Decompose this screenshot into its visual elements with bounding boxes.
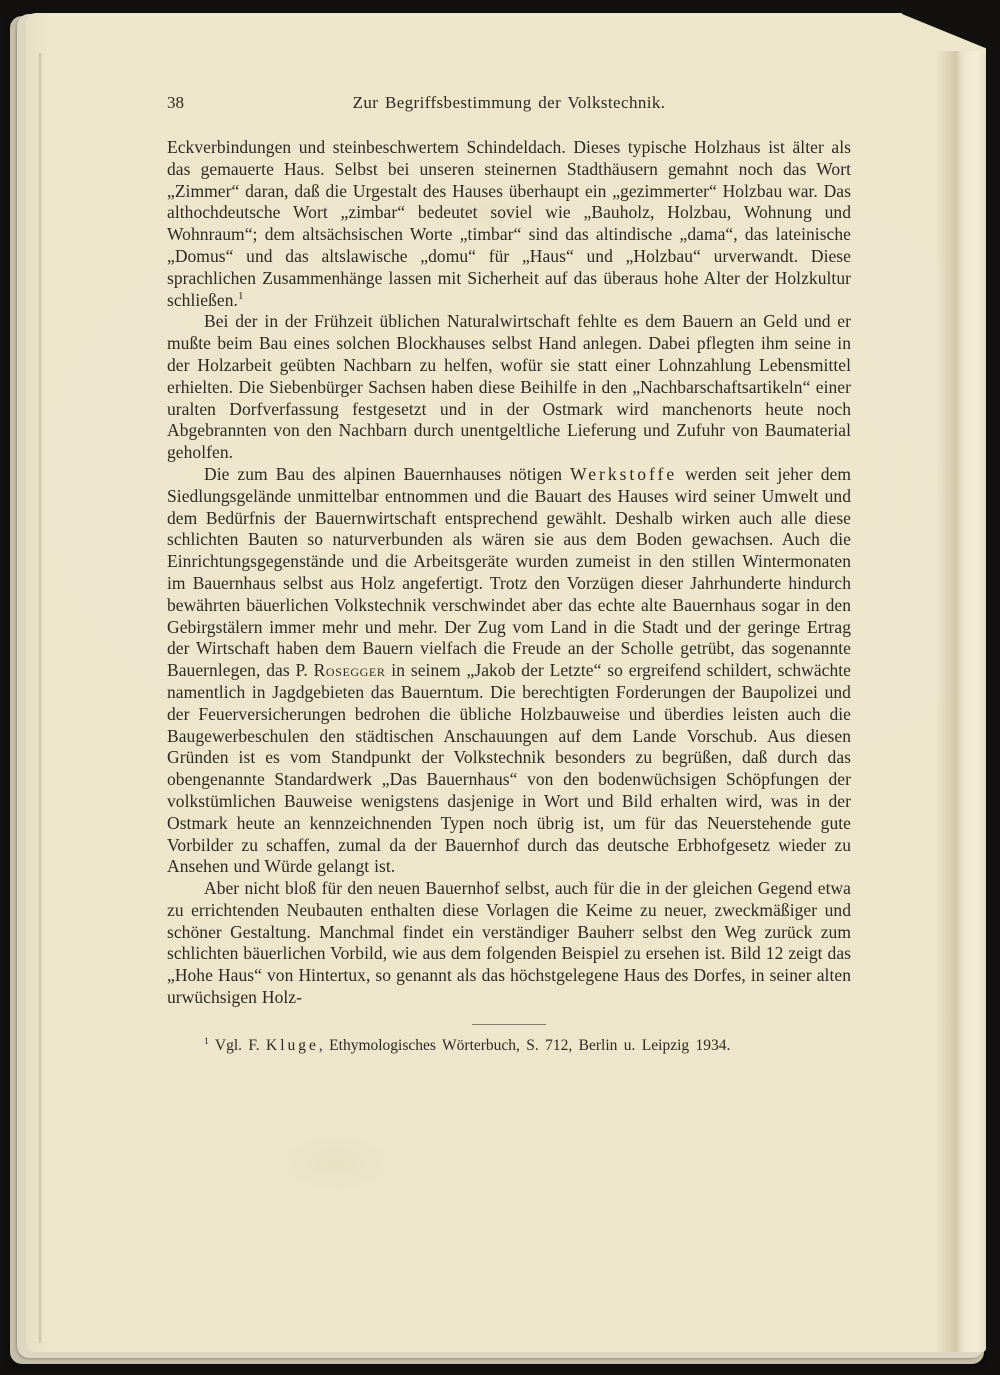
text-segment: Vgl. F. [209, 1037, 266, 1054]
page-gutter-edge [936, 51, 986, 1352]
page-number: 38 [167, 93, 184, 113]
page-header: 38 Zur Begriffsbestimmung der Volkstechn… [167, 93, 851, 115]
running-title: Zur Begriffsbestimmung der Volkstechnik. [167, 93, 851, 113]
text-segment: Aber nicht bloß für den neuen Bauernhof … [167, 878, 851, 1007]
footnote-marker: 1 [238, 290, 243, 302]
paragraph: Die zum Bau des alpinen Bauernhauses nöt… [167, 464, 851, 878]
page-left-crease [38, 53, 42, 1343]
text-segment: Bei der in der Frühzeit üblichen Natural… [167, 311, 851, 462]
text-segment: , Ethymologisches Wörterbuch, S. 712, Be… [319, 1037, 730, 1054]
text-segment: Kluge [266, 1037, 319, 1054]
page-text: Eckverbindungen und steinbeschwertem Sch… [167, 137, 851, 1009]
paragraph: Bei der in der Frühzeit üblichen Natural… [167, 311, 851, 464]
text-segment: Die zum Bau des alpinen Bauernhauses nöt… [204, 464, 570, 484]
footnote-rule [472, 1024, 546, 1026]
page-content: 38 Zur Begriffsbestimmung der Volkstechn… [167, 93, 851, 1056]
footnote-text: 1 Vgl. F. Kluge, Ethymologisches Wörterb… [167, 1036, 851, 1056]
paragraph: Eckverbindungen und steinbeschwertem Sch… [167, 137, 851, 311]
text-segment: Eckverbindungen und steinbeschwertem Sch… [167, 137, 851, 310]
text-segment: in seinem „Jakob der Letzte“ so ergreife… [167, 660, 851, 876]
paper-blemish [276, 1133, 396, 1193]
text-segment: Rosegger [314, 660, 386, 680]
paragraph: Aber nicht bloß für den neuen Bauernhof … [167, 878, 851, 1009]
text-segment: Werkstoffe [570, 464, 677, 484]
text-segment: werden seit jeher dem Siedlungsgelände u… [167, 464, 851, 680]
